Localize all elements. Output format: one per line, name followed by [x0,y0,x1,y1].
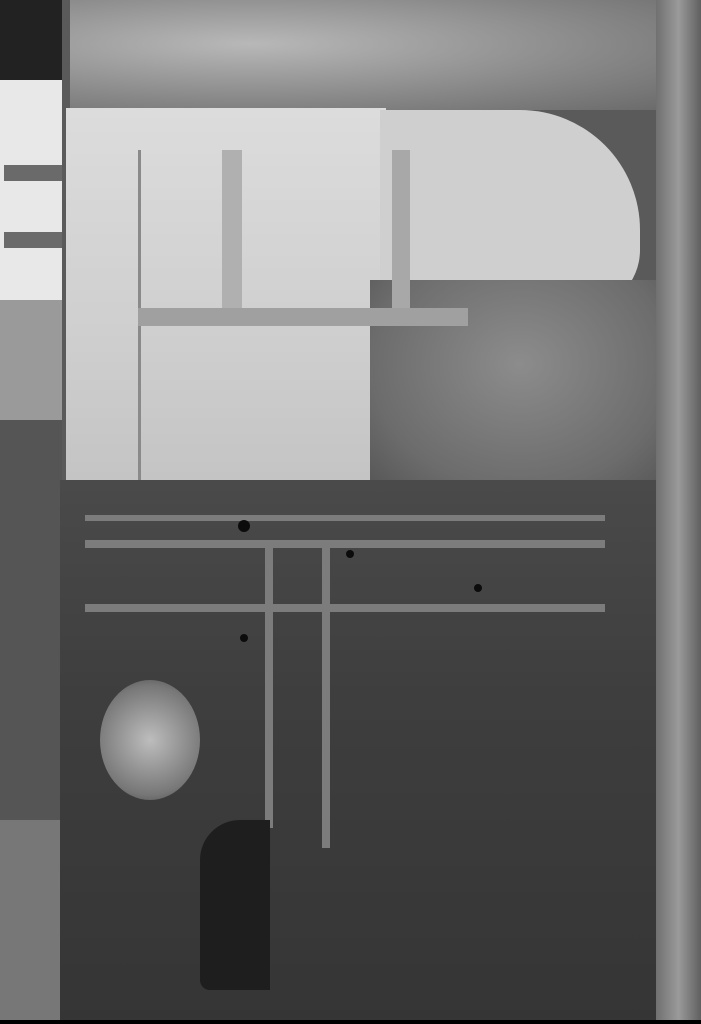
panel-band [138,308,468,326]
nail-hole [238,520,250,532]
nail-hole [474,584,482,592]
scaffold-beam [4,232,62,248]
cornice-line [85,515,605,521]
panel-divider [322,548,330,848]
panel-pilaster [222,150,242,310]
panel-divider [265,548,273,828]
frame-edge [0,1020,701,1024]
stone-masonry [70,0,670,110]
shadow-recess [200,820,270,990]
plaster-loss-patch [100,680,200,800]
nail-hole [240,634,248,642]
panel-band [85,604,605,612]
scaffold-beam [4,165,62,181]
nail-hole [346,550,354,558]
cornice-line [85,540,605,548]
archival-photo [0,0,701,1024]
right-wall-edge [656,0,701,1024]
panel-pilaster [392,150,410,310]
scaffolding-background [0,0,62,1024]
